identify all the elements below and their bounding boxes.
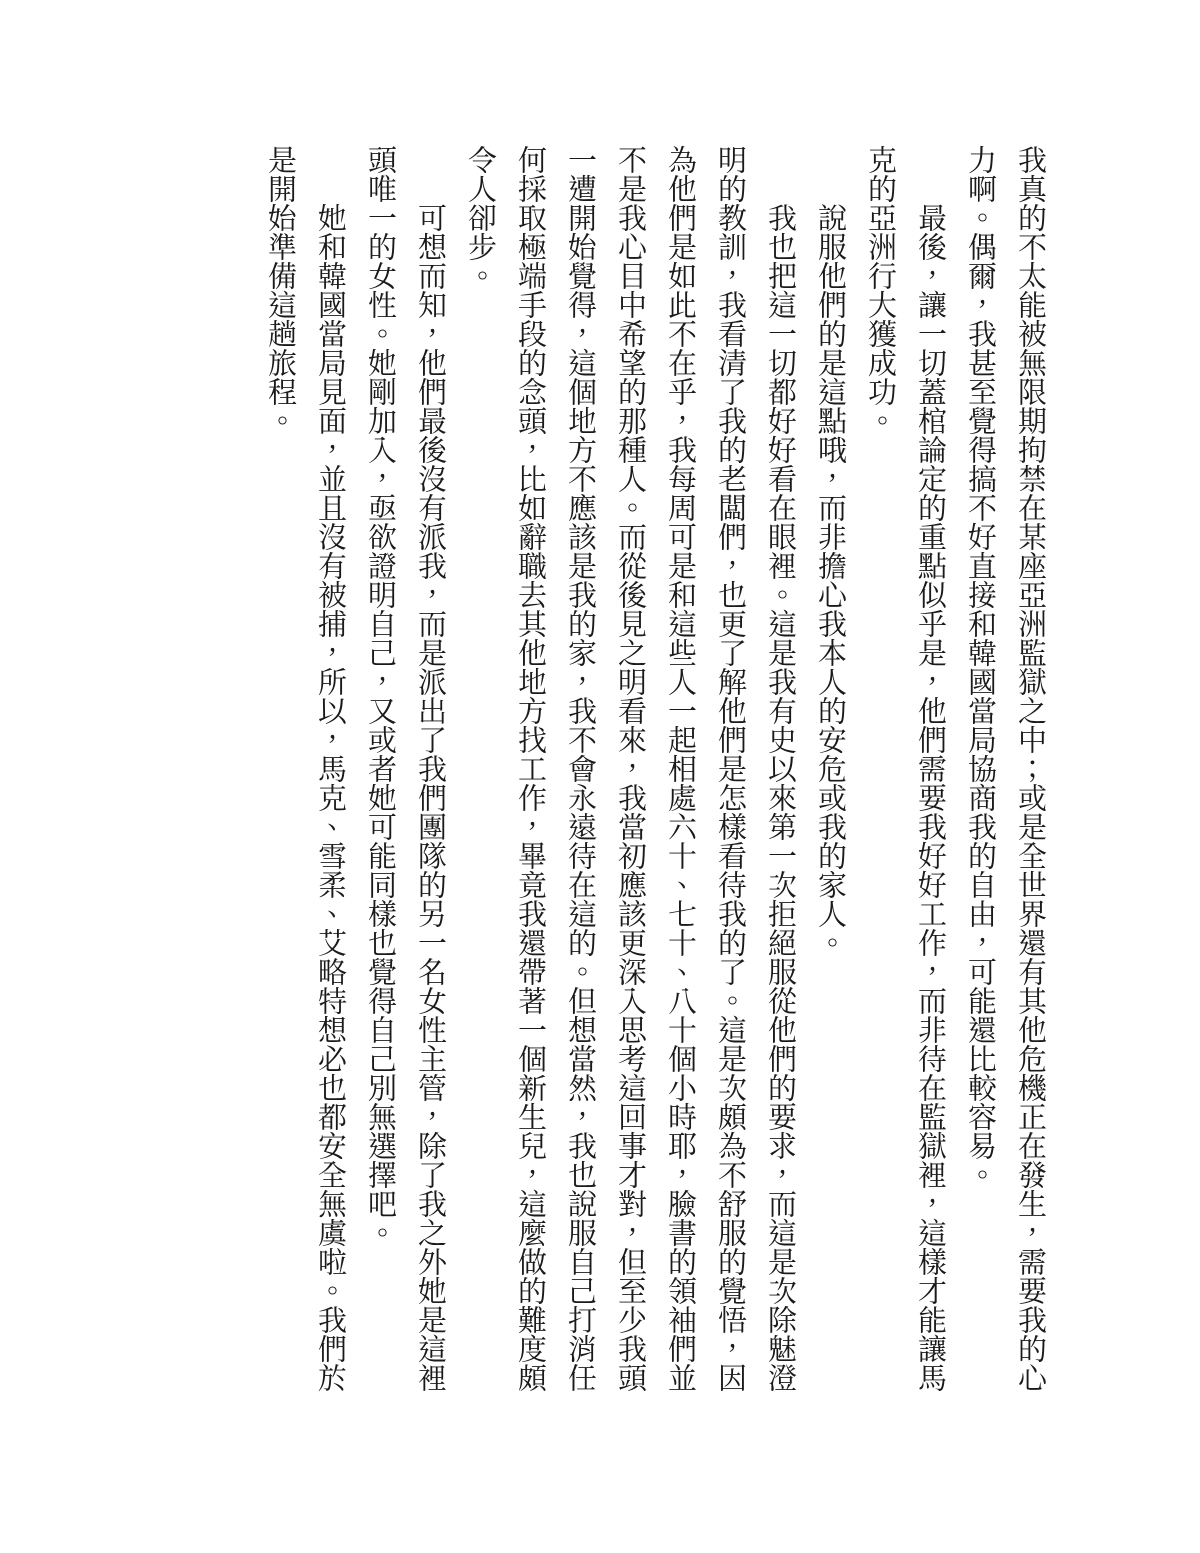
paragraph-5: 可想而知，他們最後沒有派我，而是派出了我們團隊的另一名女性主管，除了我之外她是這… <box>355 145 455 1392</box>
paragraph-4: 我也把這一切都好好看在眼裡。這是我有史以來第一次拒絕服從他們的要求，而這是次除魅… <box>455 145 805 1392</box>
vertical-text-block: 我真的不太能被無限期拘禁在某座亞洲監獄之中；或是全世界還有其他危機正在發生，需要… <box>243 145 1055 1392</box>
paragraph-2: 最後，讓一切蓋棺論定的重點似乎是，他們需要我好好工作，而非待在監獄裡，這樣才能讓… <box>855 145 955 1392</box>
paragraph-6: 她和韓國當局見面，並且沒有被捕，所以，馬克、雪柔、艾略特想必也都安全無虞啦。我們… <box>255 145 355 1392</box>
book-page: 我真的不太能被無限期拘禁在某座亞洲監獄之中；或是全世界還有其他危機正在發生，需要… <box>0 0 1200 1553</box>
paragraph-3: 說服他們的是這點哦，而非擔心我本人的安危或我的家人。 <box>805 145 855 1392</box>
paragraph-1: 我真的不太能被無限期拘禁在某座亞洲監獄之中；或是全世界還有其他危機正在發生，需要… <box>955 145 1055 1392</box>
